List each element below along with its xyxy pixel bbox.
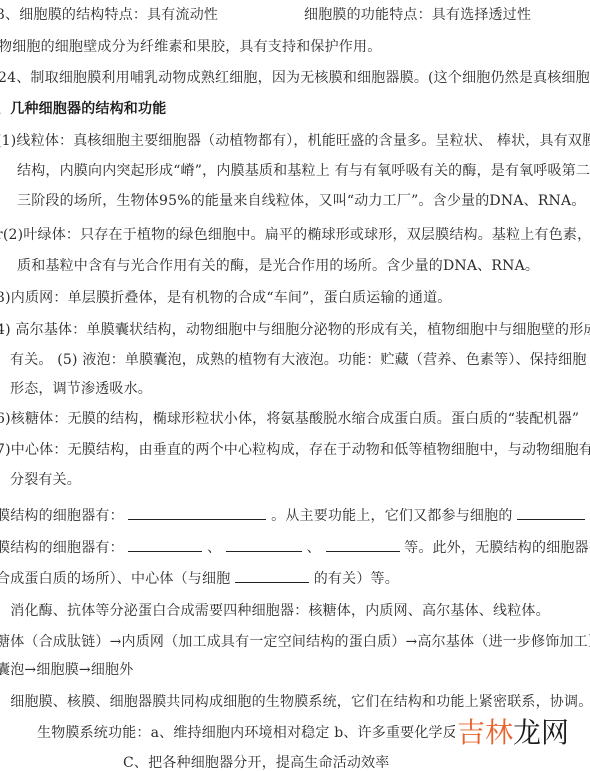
answer-blank-3[interactable] bbox=[128, 537, 202, 552]
biomembrane-function-line-1: 生物膜系统功能：a、维持细胞内环境相对稳定 b、许多重要化学反应 bbox=[37, 723, 471, 743]
biomembrane-system-line: 、细胞膜、核膜、细胞器膜共同构成细胞的生物膜系统，它们在结构和功能上紧密联系，协… bbox=[0, 692, 590, 712]
chloroplast-line-2: 质和基粒中含有与光合作用有关的酶，是光合作用的场所。含少量的DNA、RNA。 bbox=[17, 256, 539, 276]
fill-blank-row-1-middle: 。从主要功能上，它们又都参与细胞的 bbox=[271, 508, 512, 524]
centrosome-line-1: 7)中心体：无膜结构，由垂直的两个中心粒构成，存在于动物和低等植物细胞中，与动物… bbox=[0, 440, 590, 460]
chloroplast-line-1: r(2)叶绿体：只存在于植物的绿色细胞中。扁平的椭球形或球形，双层膜结构。基粒上… bbox=[0, 225, 590, 245]
plant-cell-wall-note: 物细胞的细胞壁成分为纤维素和果胶，具有支持和保护作用。 bbox=[0, 37, 381, 57]
mitochondria-line-3: 三阶段的场所，生物体95%的能量来自线粒体，又叫“动力工厂”。含少量的DNA、R… bbox=[17, 191, 586, 211]
fill-blank-row-3: 合成蛋白质的场所）、中心体（与细胞 的有关）等。 bbox=[0, 568, 399, 588]
mitochondria-line-2: 结构，内膜向内突起形成“嵴”，内膜基质和基粒上 有与有氧呼吸有关的酶，是有氧呼吸… bbox=[17, 161, 590, 181]
separator-1: 、 bbox=[207, 540, 221, 556]
fill-blank-row-3-prefix: 合成蛋白质的场所）、中心体（与细胞 bbox=[0, 571, 230, 587]
fill-blank-row-2: 膜结构的细胞器有： 、 、 等。此外，无膜结构的细胞器有 bbox=[0, 537, 590, 557]
section-heading: 、几种细胞器的结构和功能 bbox=[0, 99, 166, 119]
vacuole-line: 有关。 (5) 液泡：单膜囊泡，成熟的植物有大液泡。功能：贮藏（营养、色素等）、… bbox=[10, 350, 587, 370]
fill-blank-row-2-suffix: 等。此外，无膜结构的细胞器有 bbox=[404, 540, 590, 556]
site-watermark-logo: 吉林龙网 bbox=[455, 715, 571, 751]
ribosome-line: 6)核糖体：无膜的结构，椭球形粒状小体，将氨基酸脱水缩合成蛋白质。蛋白质的“装配… bbox=[0, 409, 579, 429]
answer-blank-6[interactable] bbox=[235, 568, 309, 583]
fill-blank-row-3-suffix: 的有关）等。 bbox=[314, 571, 399, 587]
fill-blank-row-1: 膜结构的细胞器有： 。从主要功能上，它们又都参与细胞的 转换。 bbox=[0, 505, 590, 525]
red-blood-cell-note: 24、制取细胞膜利用哺乳动物成熟红细胞，因为无核膜和细胞器膜。(这个细胞仍然是真… bbox=[0, 68, 590, 88]
watermark-orange-text: 吉林 bbox=[457, 716, 513, 749]
protein-pathway-line-1: 糖体（合成肽链）→内质网（加工成具有一定空间结构的蛋白质）→高尔基体（进一步修饰… bbox=[0, 632, 590, 652]
separator-2: 、 bbox=[307, 540, 321, 556]
fill-blank-row-2-prefix: 膜结构的细胞器有： bbox=[0, 540, 124, 556]
membrane-function-feature: 细胞膜的功能特点：具有选择透过性 bbox=[304, 5, 531, 25]
answer-blank-1[interactable] bbox=[128, 505, 266, 520]
membrane-structure-feature: 3、细胞膜的结构特点：具有流动性 bbox=[0, 5, 218, 25]
secretory-protein-line: 、消化酶、抗体等分泌蛋白合成需要四种细胞器：核糖体，内质网、高尔基体、线粒体。 bbox=[0, 601, 550, 621]
biomembrane-function-line-2: C、把各种细胞器分开，提高生命活动效率 bbox=[123, 753, 390, 771]
mitochondria-line-1: (1)线粒体：真核细胞主要细胞器（动植物都有），机能旺盛的含量多。呈粒状、 棒状… bbox=[0, 131, 590, 151]
endoplasmic-reticulum-line: 3)内质网：单层膜折叠体，是有机物的合成“车间”，蛋白质运输的通道。 bbox=[0, 288, 451, 308]
protein-pathway-line-2: 囊泡→细胞膜→细胞外 bbox=[0, 660, 133, 680]
fill-blank-row-1-prefix: 膜结构的细胞器有： bbox=[0, 508, 124, 524]
answer-blank-4[interactable] bbox=[226, 537, 302, 552]
golgi-line-1: 4) 高尔基体：单膜囊状结构，动物细胞中与细胞分泌物的形成有关，植物细胞中与细胞… bbox=[0, 320, 590, 340]
answer-blank-5[interactable] bbox=[326, 537, 400, 552]
centrosome-line-2: 分裂有关。 bbox=[10, 470, 81, 490]
answer-blank-2[interactable] bbox=[517, 505, 585, 520]
vacuole-line-2: 形态，调节渗透吸水。 bbox=[10, 379, 152, 399]
watermark-black-text: 龙网 bbox=[513, 716, 569, 749]
